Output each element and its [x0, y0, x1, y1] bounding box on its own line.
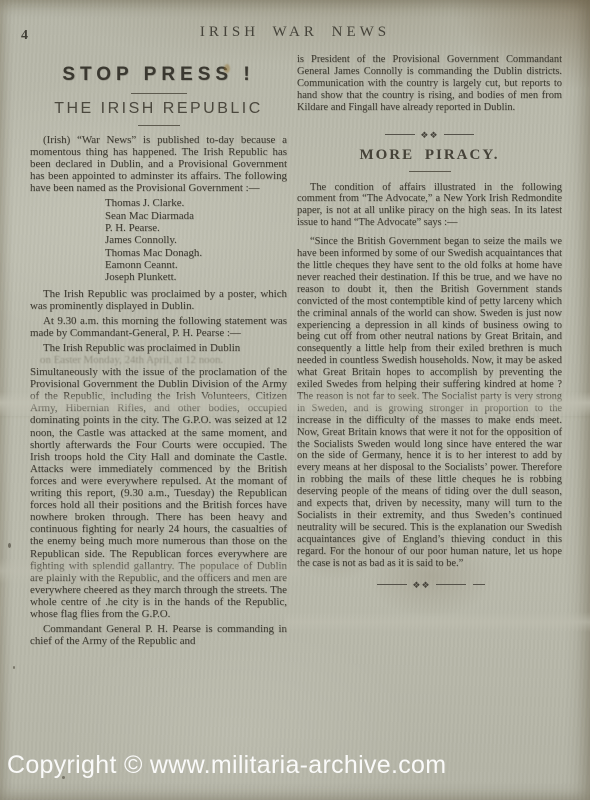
- foxing-mark: [224, 64, 230, 73]
- paper-speck: [388, 210, 390, 212]
- ornament-diamonds-icon: ❖❖: [412, 579, 430, 589]
- stop-press-heading: STOP PRESS !: [30, 64, 287, 86]
- report-paragraph: Simultaneously with the issue of the pro…: [30, 366, 287, 620]
- copyright-watermark: Copyright © www.militaria-archive.com: [7, 751, 446, 780]
- advocate-paragraph: The condition of affairs illustrated in …: [297, 182, 562, 230]
- irish-republic-headline: THE IRISH REPUBLIC: [30, 100, 287, 118]
- divider-rule: [138, 125, 180, 126]
- paper-speck: [8, 543, 11, 548]
- faded-proclaim-line: on Easter Monday, 24th April, at 12 noon…: [30, 354, 287, 366]
- poster-paragraph: The Irish Republic was proclaimed by a p…: [30, 288, 287, 312]
- list-item: P. H. Pearse.: [105, 222, 287, 234]
- paper-stain: [285, 612, 590, 632]
- list-item: James Connolly.: [105, 234, 287, 246]
- newspaper-page-photo: 4 IRISH WAR NEWS STOP PRESS ! THE IRISH …: [0, 0, 590, 800]
- ornament-dash: [377, 584, 407, 585]
- ornament-dash: [444, 134, 474, 135]
- commandant-paragraph: Commandant General P. H. Pearse is comma…: [30, 623, 287, 647]
- section-ornament-bottom: ❖❖: [297, 576, 562, 588]
- ornament-dash: [385, 134, 415, 135]
- ornament-diamonds-icon: ❖❖: [420, 129, 438, 139]
- divider-rule: [409, 171, 451, 172]
- quote-paragraph: “Since the British Government began to s…: [297, 236, 562, 569]
- ornament-dash: [436, 584, 466, 585]
- statement-paragraph: At 9.30 a.m. this morning the following …: [30, 315, 287, 339]
- more-piracy-title: MORE PIRACY.: [297, 147, 562, 164]
- section-ornament: ❖❖: [297, 126, 562, 138]
- provisional-government-names-list: Thomas J. Clarke. Sean Mac Diarmada P. H…: [105, 197, 287, 283]
- right-column: is President of the Provisional Governme…: [297, 54, 562, 590]
- paper-speck: [13, 666, 15, 669]
- ornament-dash: [473, 584, 485, 585]
- list-item: Thomas J. Clarke.: [105, 197, 287, 209]
- masthead-title: IRISH WAR NEWS: [0, 24, 590, 41]
- list-item: Thomas Mac Donagh.: [105, 247, 287, 259]
- divider-rule: [131, 93, 187, 94]
- list-item: Eamonn Ceannt.: [105, 259, 287, 271]
- continuation-paragraph: is President of the Provisional Governme…: [297, 54, 562, 114]
- left-column: STOP PRESS ! THE IRISH REPUBLIC (Irish) …: [30, 58, 287, 650]
- proclaim-line: The Irish Republic was proclaimed in Dub…: [30, 342, 287, 354]
- intro-paragraph: (Irish) “War News” is published to-day b…: [30, 134, 287, 194]
- list-item: Sean Mac Diarmada: [105, 210, 287, 222]
- list-item: Joseph Plunkett.: [105, 271, 287, 283]
